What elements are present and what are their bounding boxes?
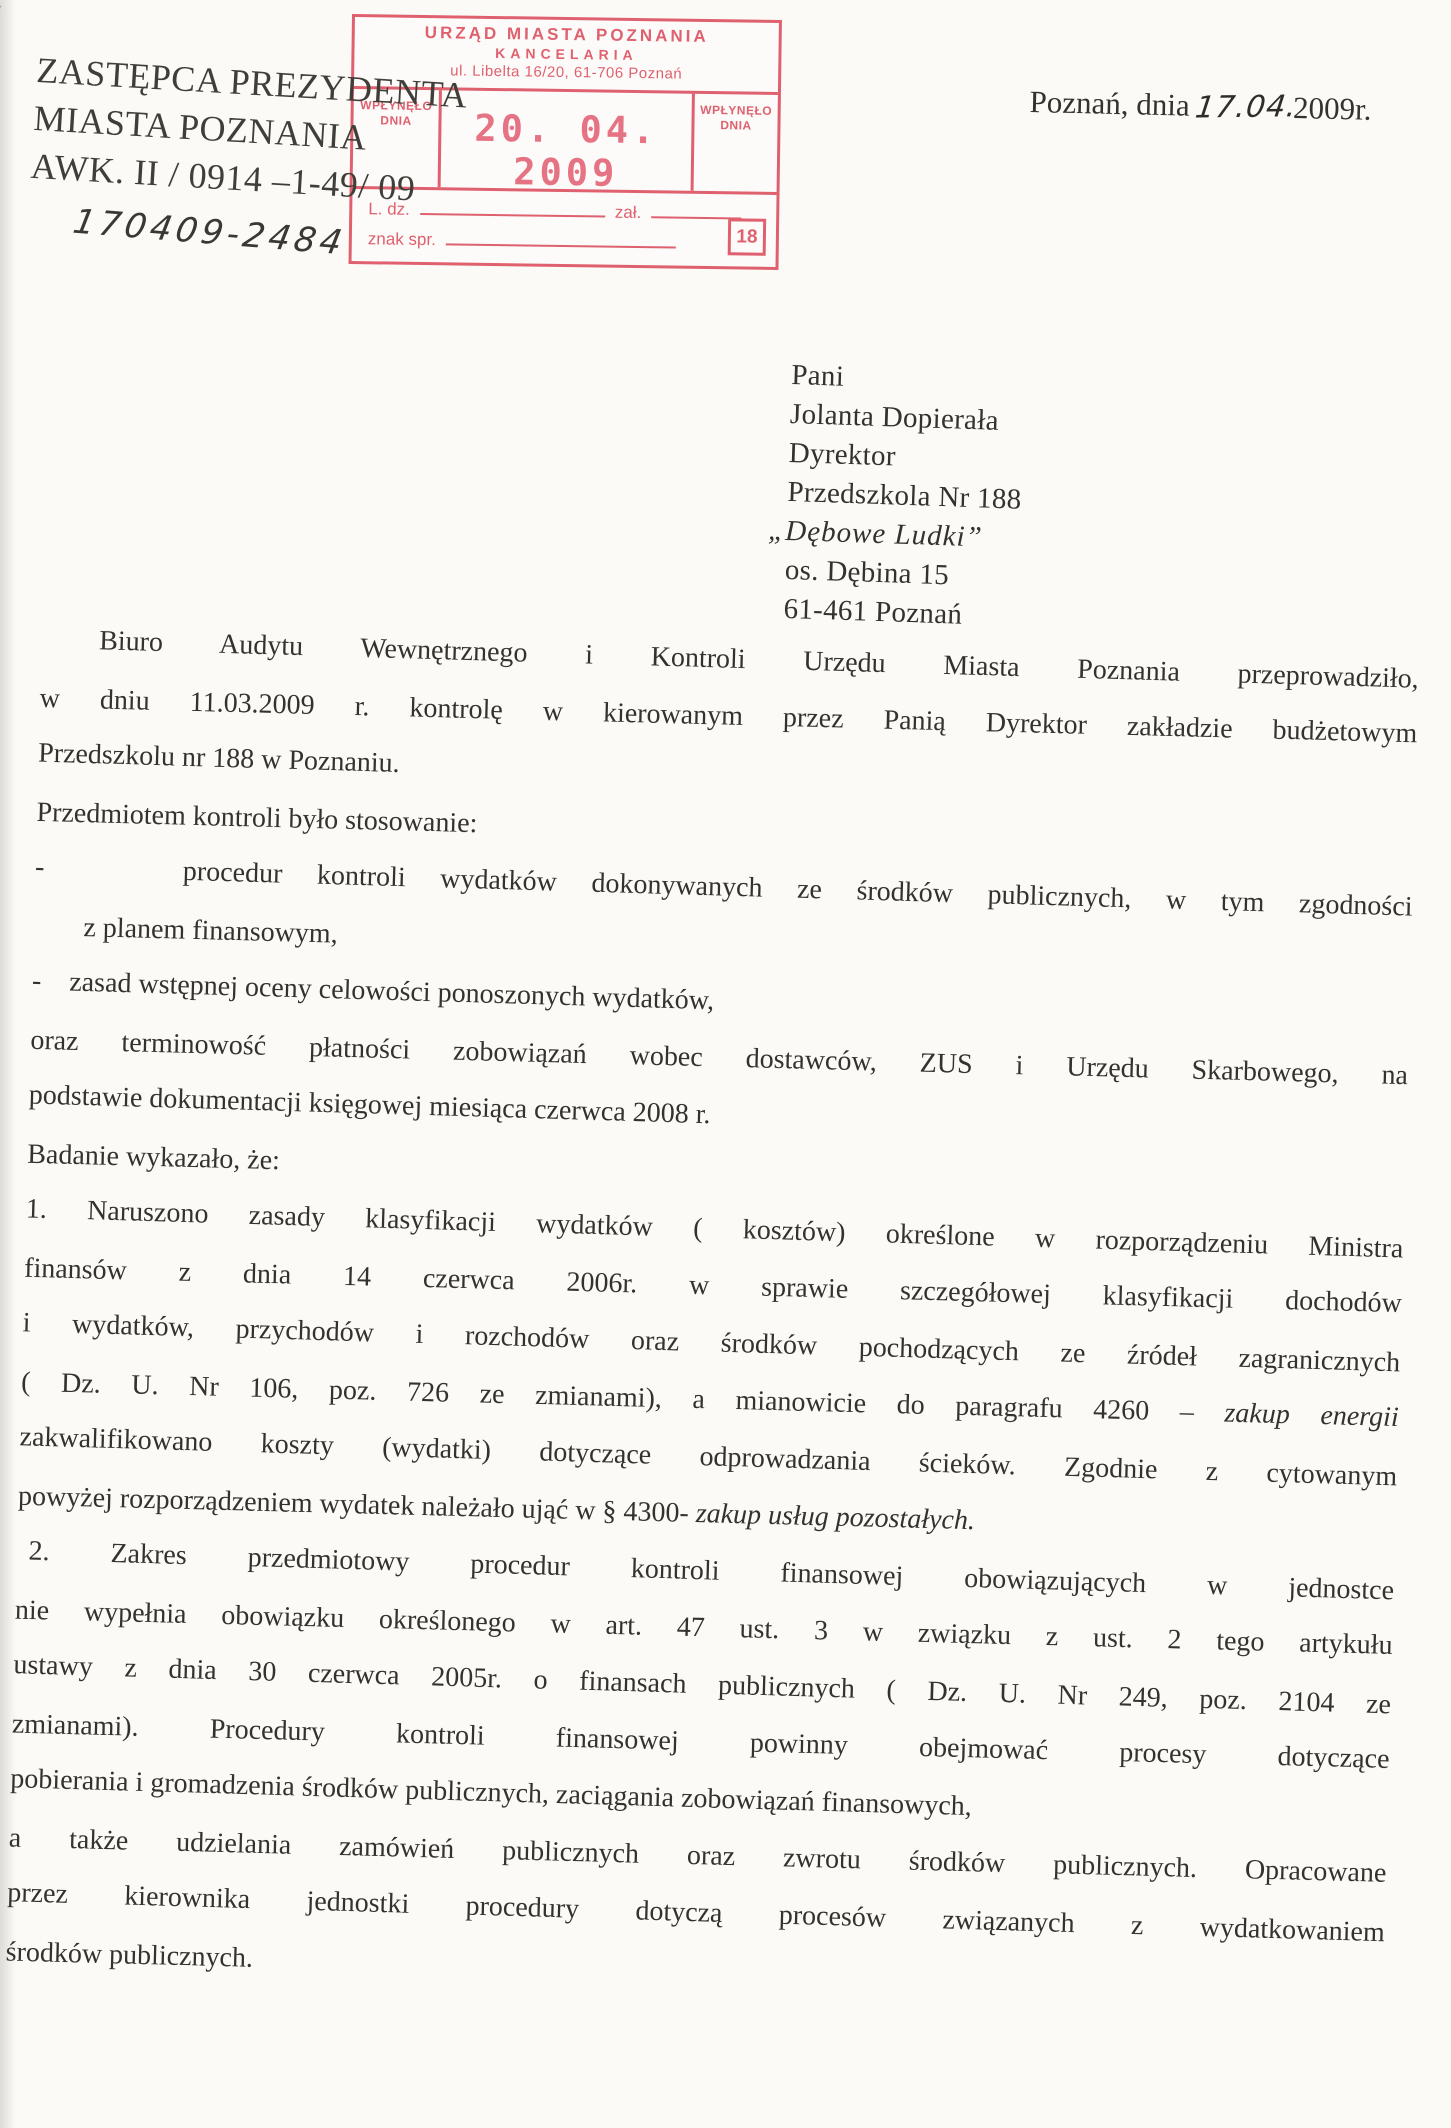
body-segment: Badanie wykazało, że: bbox=[27, 1139, 280, 1176]
body-segment: - zasad wstępnej oceny celowości ponoszo… bbox=[32, 965, 715, 1016]
body-segment-italic: zakup usług pozostałych. bbox=[695, 1498, 975, 1536]
body-text: Biuro Audytu Wewnętrznego i Kontroli Urz… bbox=[5, 612, 1419, 2017]
scanned-letter-page: ZASTĘPCA PREZYDENTA MIASTA POZNANIA AWK.… bbox=[0, 0, 1451, 2128]
date-year-label: 2009r. bbox=[1293, 90, 1372, 127]
date-city-label: Poznań, dnia bbox=[1029, 84, 1190, 123]
body-segment: Przedszkolu nr 188 w Poznaniu. bbox=[38, 738, 400, 780]
recipient-line: 61-461 Poznań bbox=[783, 590, 1018, 637]
body-segment: środków publicznych. bbox=[5, 1936, 253, 1973]
body-segment: Przedmiotem kontroli było stosowanie: bbox=[36, 797, 478, 839]
date-line: Poznań, dnia17.04.2009r. bbox=[1029, 84, 1372, 128]
handwritten-date: 17.04. bbox=[1193, 89, 1299, 125]
letterhead-block: ZASTĘPCA PREZYDENTA MIASTA POZNANIA AWK.… bbox=[26, 46, 507, 274]
stamp-zal-label: zał. bbox=[615, 203, 642, 223]
stamp-received-right-label: WPŁYNĘŁO DNIA bbox=[691, 94, 778, 192]
stamp-received-day-word: DNIA bbox=[694, 118, 777, 134]
recipient-block: PaniJolanta DopierałaDyrektorPrzedszkola… bbox=[783, 356, 1026, 637]
handwritten-ref-number: 170409-2484 bbox=[69, 198, 350, 267]
body-segment: z planem finansowym, bbox=[83, 912, 338, 950]
stamp-received-word: WPŁYNĘŁO bbox=[695, 103, 778, 119]
stamp-zal-line bbox=[651, 204, 741, 219]
stamp-number-box: 18 bbox=[728, 218, 767, 256]
body-segment-italic: zakup energii bbox=[1224, 1398, 1399, 1433]
body-segment: podstawie dokumentacji księgowej miesiąc… bbox=[28, 1079, 710, 1130]
body-segment: powyżej rozporządzeniem wydatek należało… bbox=[18, 1481, 697, 1529]
